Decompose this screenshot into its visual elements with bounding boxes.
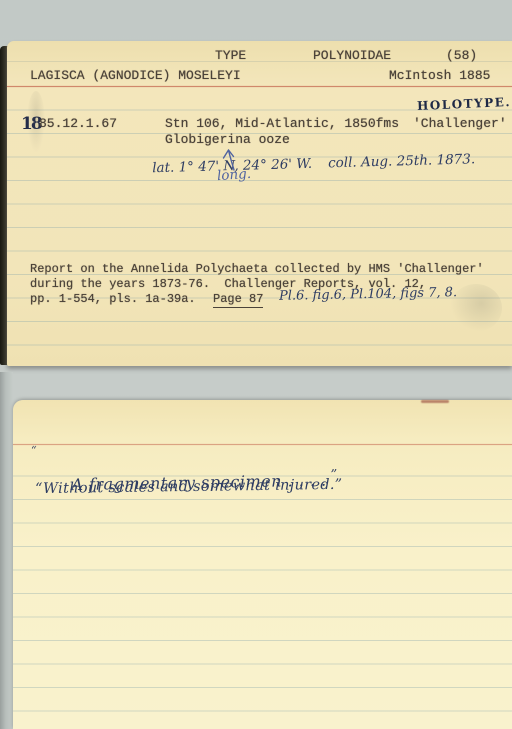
specimen-card-front: TYPE POLYNOIDAE (58) LAGISCA (AGNODICE) … [7, 41, 512, 366]
type-status-label: TYPE [215, 49, 246, 63]
holotype-annotation: HOLOTYPE. [417, 95, 512, 113]
long-insertion-arrow-icon [7, 41, 512, 366]
station-locality: Stn 106, Mid-Atlantic, 1850fms [165, 117, 399, 131]
page-reference: Page 87 [213, 292, 263, 308]
ink-mark [421, 400, 449, 403]
coordinates-annotation-row: lat. 1° 47' N, 24° 26' W.coll. Aug. 25th… [134, 135, 475, 192]
opening-quote-mark: “ [31, 444, 37, 457]
scanned-catalog-cards: { "top_card": { "header": { "type_label"… [0, 0, 512, 729]
red-rule-line [7, 86, 512, 87]
registration-prefix-handwritten: 18 [21, 114, 41, 134]
species-name: LAGISCA (AGNODICE) MOSELEYI [30, 69, 241, 83]
reference-line1: Report on the Annelida Polychaeta collec… [30, 262, 484, 276]
collection-date-annotation: coll. Aug. 25th. 1873. [328, 151, 475, 171]
longitude-annotation: long. [216, 166, 251, 184]
rule-line [7, 61, 512, 62]
paper-stain [450, 284, 502, 332]
card-number: (58) [446, 49, 477, 63]
figures-annotation: Pl.6. fig.6, Pl.104, figs 7, 8. [279, 285, 457, 304]
family-label: POLYNOIDAE [313, 49, 391, 63]
red-rule-line [13, 444, 512, 445]
registration-number: 85.12.1.67 [39, 117, 117, 131]
scan-background-strip [0, 372, 13, 729]
vessel-name: 'Challenger' [413, 117, 507, 131]
author-year: McIntosh 1885 [389, 69, 490, 83]
specimen-card-back: “ A fragmentary specimen . . . .” “Witho… [13, 400, 512, 729]
reference-line3: pp. 1-554, pls. 1a-39a. [30, 292, 196, 306]
